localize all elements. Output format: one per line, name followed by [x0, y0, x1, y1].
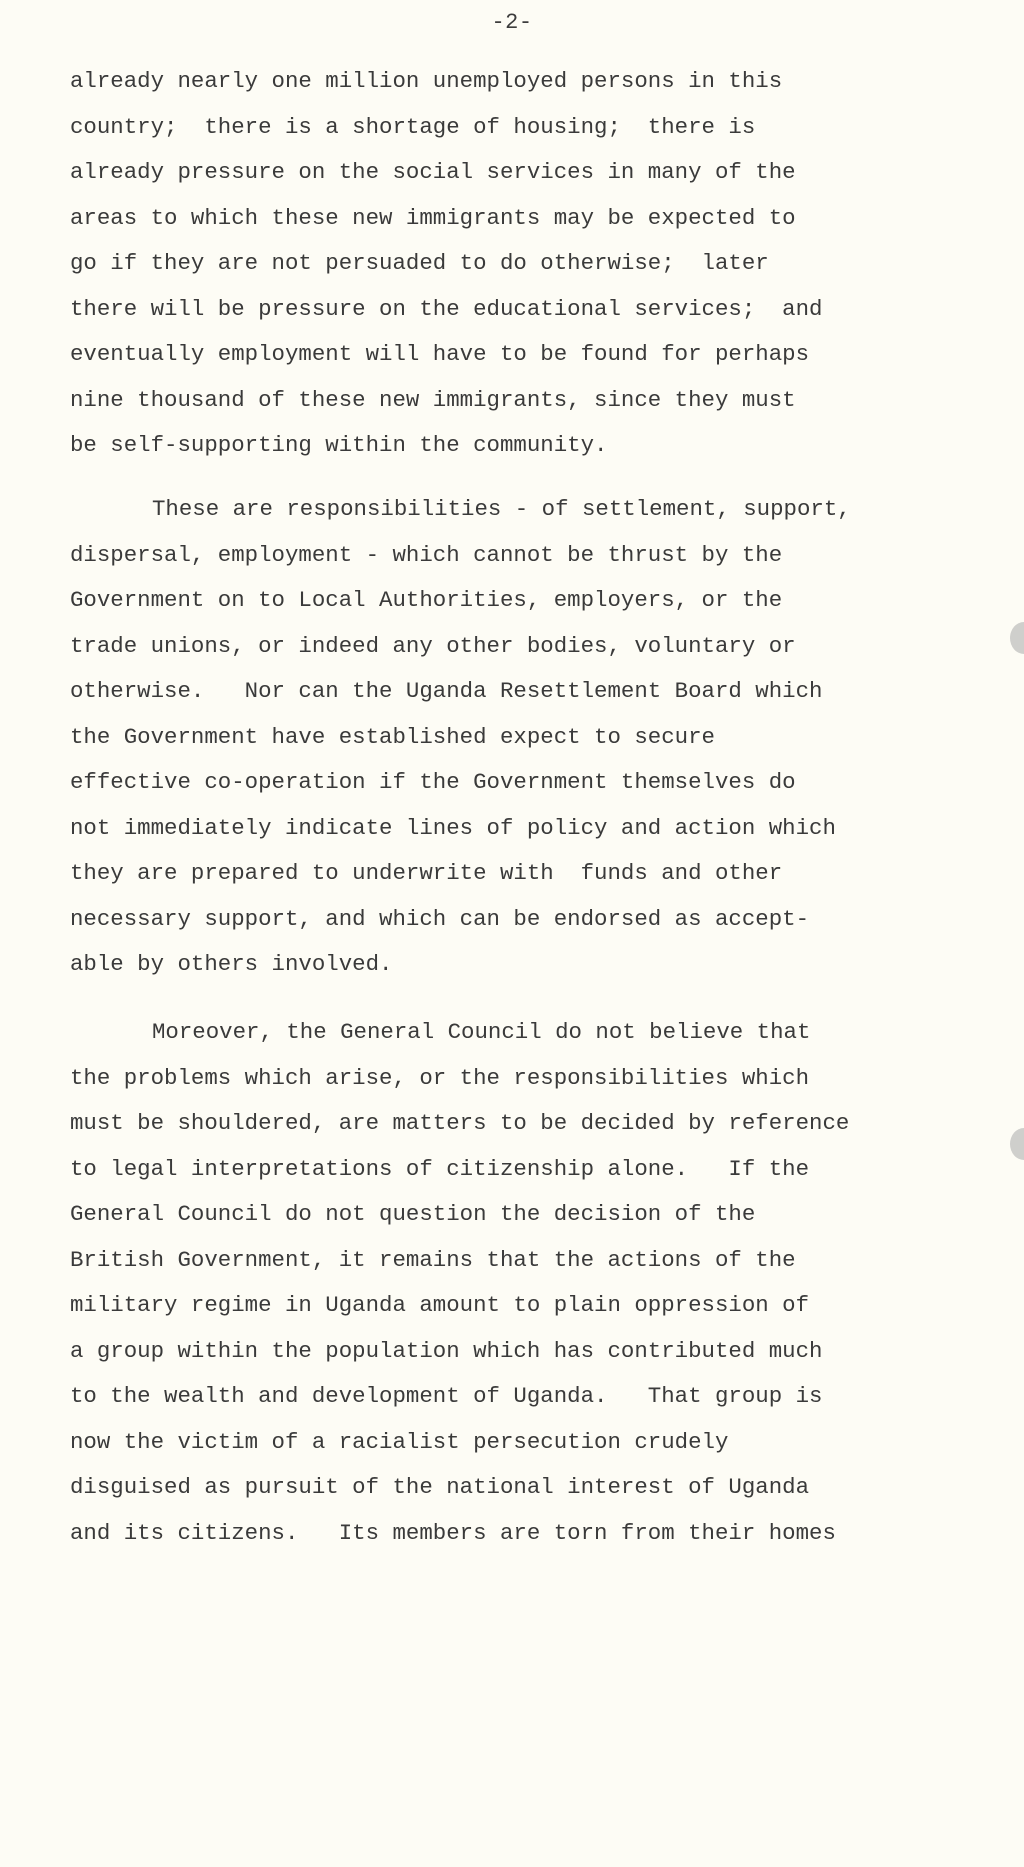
text-line: the problems which arise, or the respons… — [70, 1067, 809, 1089]
text-line: nine thousand of these new immigrants, s… — [70, 389, 796, 411]
text-line: a group within the population which has … — [70, 1340, 822, 1362]
text-line: to legal interpretations of citizenship … — [70, 1158, 809, 1180]
text-line: go if they are not persuaded to do other… — [70, 252, 769, 274]
page-number: -2- — [0, 10, 1024, 35]
text-line: effective co-operation if the Government… — [70, 771, 796, 793]
text-line: country; there is a shortage of housing;… — [70, 116, 755, 138]
text-line: General Council do not question the deci… — [70, 1203, 755, 1225]
text-line: they are prepared to underwrite with fun… — [70, 862, 782, 884]
text-line: dispersal, employment - which cannot be … — [70, 544, 782, 566]
text-line: already pressure on the social services … — [70, 161, 796, 183]
text-line: trade unions, or indeed any other bodies… — [70, 635, 796, 657]
text-line: not immediately indicate lines of policy… — [70, 817, 836, 839]
text-line: British Government, it remains that the … — [70, 1249, 796, 1271]
text-line: eventually employment will have to be fo… — [70, 343, 809, 365]
punch-hole-mark — [1010, 1128, 1024, 1160]
text-line: able by others involved. — [70, 953, 392, 975]
text-line: the Government have established expect t… — [70, 726, 715, 748]
text-line: to the wealth and development of Uganda.… — [70, 1385, 822, 1407]
document-page: -2- already nearly one million unemploye… — [0, 0, 1024, 1867]
text-line: and its citizens. Its members are torn f… — [70, 1522, 836, 1544]
text-line: Moreover, the General Council do not bel… — [152, 1021, 810, 1043]
text-line: areas to which these new immigrants may … — [70, 207, 796, 229]
text-line: necessary support, and which can be endo… — [70, 908, 809, 930]
text-line: military regime in Uganda amount to plai… — [70, 1294, 809, 1316]
text-line: now the victim of a racialist persecutio… — [70, 1431, 728, 1453]
punch-hole-mark — [1010, 622, 1024, 654]
text-line: otherwise. Nor can the Uganda Resettleme… — [70, 680, 822, 702]
text-line: be self-supporting within the community. — [70, 434, 607, 456]
text-line: These are responsibilities - of settleme… — [152, 498, 851, 520]
text-line: must be shouldered, are matters to be de… — [70, 1112, 849, 1134]
text-line: already nearly one million unemployed pe… — [70, 70, 782, 92]
text-line: there will be pressure on the educationa… — [70, 298, 822, 320]
text-line: Government on to Local Authorities, empl… — [70, 589, 782, 611]
text-line: disguised as pursuit of the national int… — [70, 1476, 809, 1498]
